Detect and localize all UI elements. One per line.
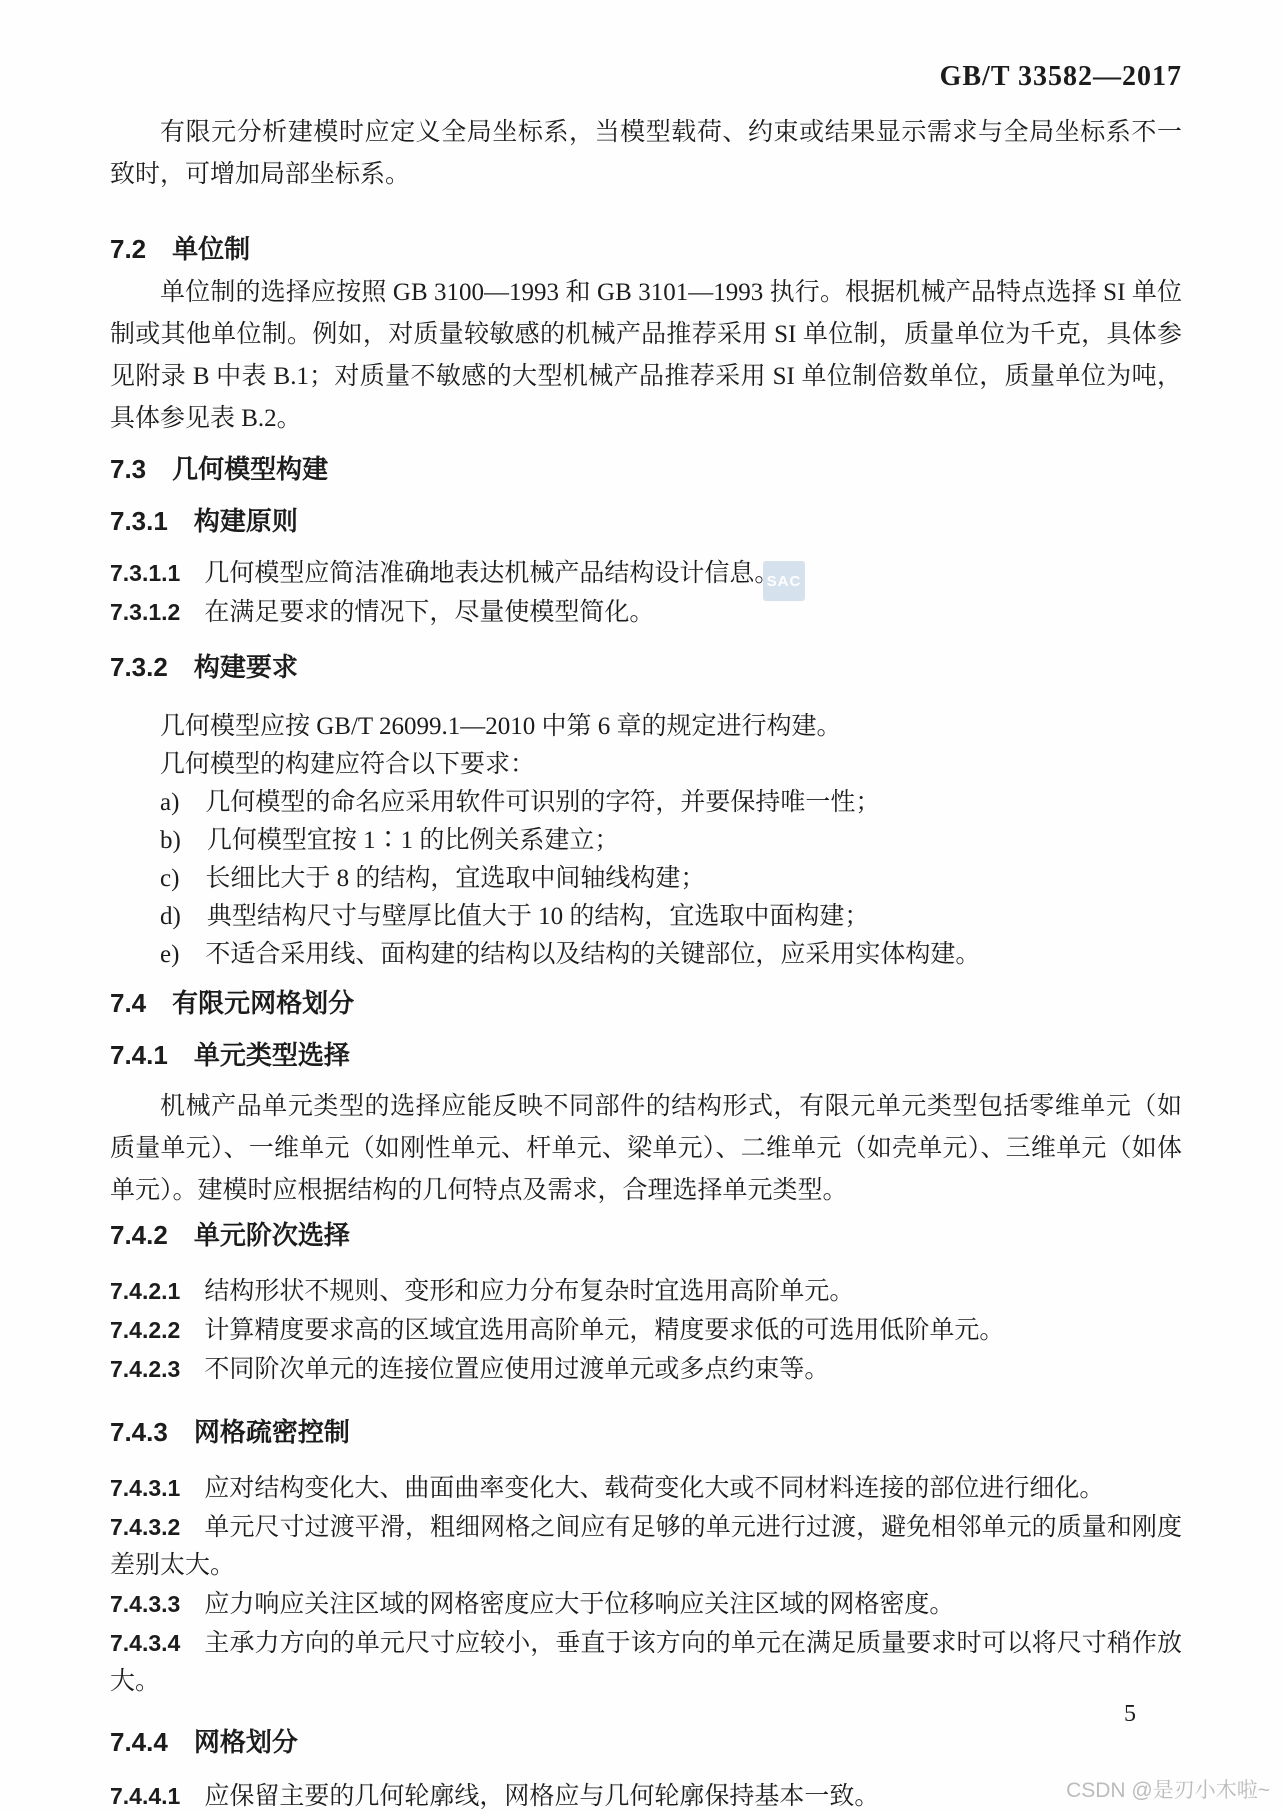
- list-text: 不适合采用线、面构建的结构以及结构的关键部位，应采用实体构建。: [205, 941, 980, 968]
- clause-7-4-3-3: 7.4.3.3应力响应关注区域的网格密度应大于位移响应关注区域的网格密度。: [110, 1585, 1182, 1624]
- section-number: 7.4.1: [110, 1040, 168, 1070]
- section-heading-7-4: 7.4有限元网格划分: [110, 988, 1182, 1018]
- clause-text: 几何模型应简洁准确地表达机械产品结构设计信息。: [204, 560, 779, 587]
- clause-text: 结构形状不规则、变形和应力分布复杂时宜选用高阶单元。: [204, 1278, 854, 1305]
- csdn-watermark: CSDN @是刃小木啦~: [1066, 1779, 1270, 1803]
- clause-7-4-2-2: 7.4.2.2计算精度要求高的区域宜选用高阶单元，精度要求低的可选用低阶单元。: [110, 1311, 1182, 1350]
- list-marker: c): [160, 865, 179, 892]
- section-title: 单位制: [172, 234, 250, 264]
- list-text: 几何模型的命名应采用软件可识别的字符，并要保持唯一性；: [205, 789, 880, 816]
- clause-number: 7.4.4.1: [110, 1783, 180, 1809]
- section-heading-7-4-2: 7.4.2单元阶次选择: [110, 1220, 1182, 1250]
- list-text: 典型结构尺寸与壁厚比值大于 10 的结构，宜选取中面构建；: [207, 903, 870, 930]
- clause-text: 计算精度要求高的区域宜选用高阶单元，精度要求低的可选用低阶单元。: [204, 1317, 1004, 1344]
- sac-logo-watermark: SAC: [763, 561, 805, 601]
- list-item-c: c)长细比大于 8 的结构，宜选取中间轴线构建；: [110, 860, 1182, 898]
- clause-number: 7.4.3.1: [110, 1475, 180, 1501]
- clause-7-3-1-2: 7.3.1.2在满足要求的情况下，尽量使模型简化。: [110, 593, 1182, 632]
- standard-code-header: GB/T 33582—2017: [110, 62, 1182, 92]
- section-number: 7.2: [110, 234, 146, 264]
- clause-7-4-3-4: 7.4.3.4主承力方向的单元尺寸应较小，垂直于该方向的单元在满足质量要求时可以…: [110, 1624, 1182, 1701]
- clause-text: 应保留主要的几何轮廓线，网格应与几何轮廓保持基本一致。: [204, 1783, 879, 1810]
- section-number: 7.4.3: [110, 1417, 168, 1447]
- list-text: 几何模型宜按 1∶1 的比例关系建立；: [207, 827, 620, 854]
- list-item-d: d)典型结构尺寸与壁厚比值大于 10 的结构，宜选取中面构建；: [110, 898, 1182, 936]
- document-page: GB/T 33582—2017 有限元分析建模时应定义全局坐标系，当模型载荷、约…: [0, 0, 1282, 1813]
- list-marker: d): [160, 903, 181, 930]
- clause-number: 7.4.2.1: [110, 1278, 180, 1304]
- section-heading-7-3: 7.3几何模型构建: [110, 454, 1182, 484]
- section-number: 7.4: [110, 988, 146, 1018]
- clause-text: 不同阶次单元的连接位置应使用过渡单元或多点约束等。: [204, 1356, 829, 1383]
- section-title: 构建原则: [194, 506, 298, 536]
- list-text: 长细比大于 8 的结构，宜选取中间轴线构建；: [205, 865, 705, 892]
- clause-text: 单元尺寸过渡平滑，粗细网格之间应有足够的单元进行过渡，避免相邻单元的质量和刚度差…: [110, 1514, 1182, 1579]
- section-number: 7.4.2: [110, 1220, 168, 1250]
- section-heading-7-3-2: 7.3.2构建要求: [110, 652, 1182, 682]
- section-7-4-1-body: 机械产品单元类型的选择应能反映不同部件的结构形式，有限元单元类型包括零维单元（如…: [110, 1086, 1182, 1212]
- list-item-a: a)几何模型的命名应采用软件可识别的字符，并要保持唯一性；: [110, 784, 1182, 822]
- clause-number: 7.4.3.4: [110, 1630, 180, 1656]
- list-marker: b): [160, 827, 181, 854]
- section-heading-7-4-3: 7.4.3网格疏密控制: [110, 1417, 1182, 1447]
- section-title: 单元阶次选择: [194, 1220, 350, 1250]
- section-7-3-2-paragraph-2: 几何模型的构建应符合以下要求：: [110, 746, 1182, 784]
- section-heading-7-3-1: 7.3.1构建原则: [110, 506, 1182, 536]
- clause-7-4-2-3: 7.4.2.3不同阶次单元的连接位置应使用过渡单元或多点约束等。: [110, 1350, 1182, 1389]
- section-number: 7.3.2: [110, 652, 168, 682]
- clause-7-4-2-1: 7.4.2.1结构形状不规则、变形和应力分布复杂时宜选用高阶单元。: [110, 1272, 1182, 1311]
- clause-text: 主承力方向的单元尺寸应较小，垂直于该方向的单元在满足质量要求时可以将尺寸稍作放大…: [110, 1630, 1182, 1695]
- section-number: 7.4.4: [110, 1727, 168, 1757]
- section-heading-7-4-1: 7.4.1单元类型选择: [110, 1040, 1182, 1070]
- clause-7-4-4-1: 7.4.4.1应保留主要的几何轮廓线，网格应与几何轮廓保持基本一致。: [110, 1777, 1182, 1813]
- list-item-b: b)几何模型宜按 1∶1 的比例关系建立；: [110, 822, 1182, 860]
- clause-text: 应对结构变化大、曲面曲率变化大、载荷变化大或不同材料连接的部位进行细化。: [204, 1475, 1104, 1502]
- intro-paragraph: 有限元分析建模时应定义全局坐标系，当模型载荷、约束或结果显示需求与全局坐标系不一…: [110, 112, 1182, 196]
- clause-7-4-3-2: 7.4.3.2单元尺寸过渡平滑，粗细网格之间应有足够的单元进行过渡，避免相邻单元…: [110, 1508, 1182, 1585]
- clause-7-4-3-1: 7.4.3.1应对结构变化大、曲面曲率变化大、载荷变化大或不同材料连接的部位进行…: [110, 1469, 1182, 1508]
- page-number: 5: [1124, 1700, 1136, 1728]
- clause-text: 在满足要求的情况下，尽量使模型简化。: [204, 599, 654, 626]
- clause-number: 7.4.3.3: [110, 1591, 180, 1617]
- list-marker: a): [160, 789, 179, 816]
- list-item-e: e)不适合采用线、面构建的结构以及结构的关键部位，应采用实体构建。: [110, 936, 1182, 974]
- clause-number: 7.4.2.2: [110, 1317, 180, 1343]
- list-marker: e): [160, 941, 179, 968]
- section-heading-7-4-4: 7.4.4网格划分: [110, 1727, 1182, 1757]
- section-7-3-2-paragraph-1: 几何模型应按 GB/T 26099.1—2010 中第 6 章的规定进行构建。: [110, 708, 1182, 746]
- section-7-2-body: 单位制的选择应按照 GB 3100—1993 和 GB 3101—1993 执行…: [110, 272, 1182, 440]
- section-title: 构建要求: [194, 652, 298, 682]
- section-number: 7.3.1: [110, 506, 168, 536]
- clause-number: 7.4.3.2: [110, 1514, 180, 1540]
- section-title: 单元类型选择: [194, 1040, 350, 1070]
- section-title: 网格划分: [194, 1727, 298, 1757]
- section-number: 7.3: [110, 454, 146, 484]
- clause-text: 应力响应关注区域的网格密度应大于位移响应关注区域的网格密度。: [204, 1591, 954, 1618]
- clause-number: 7.4.2.3: [110, 1356, 180, 1382]
- clause-number: 7.3.1.2: [110, 599, 180, 625]
- section-title: 网格疏密控制: [194, 1417, 350, 1447]
- clause-number: 7.3.1.1: [110, 560, 180, 586]
- section-heading-7-2: 7.2单位制: [110, 234, 1182, 264]
- section-title: 几何模型构建: [172, 454, 328, 484]
- section-title: 有限元网格划分: [172, 988, 354, 1018]
- clause-7-3-1-1: 7.3.1.1几何模型应简洁准确地表达机械产品结构设计信息。: [110, 554, 1182, 593]
